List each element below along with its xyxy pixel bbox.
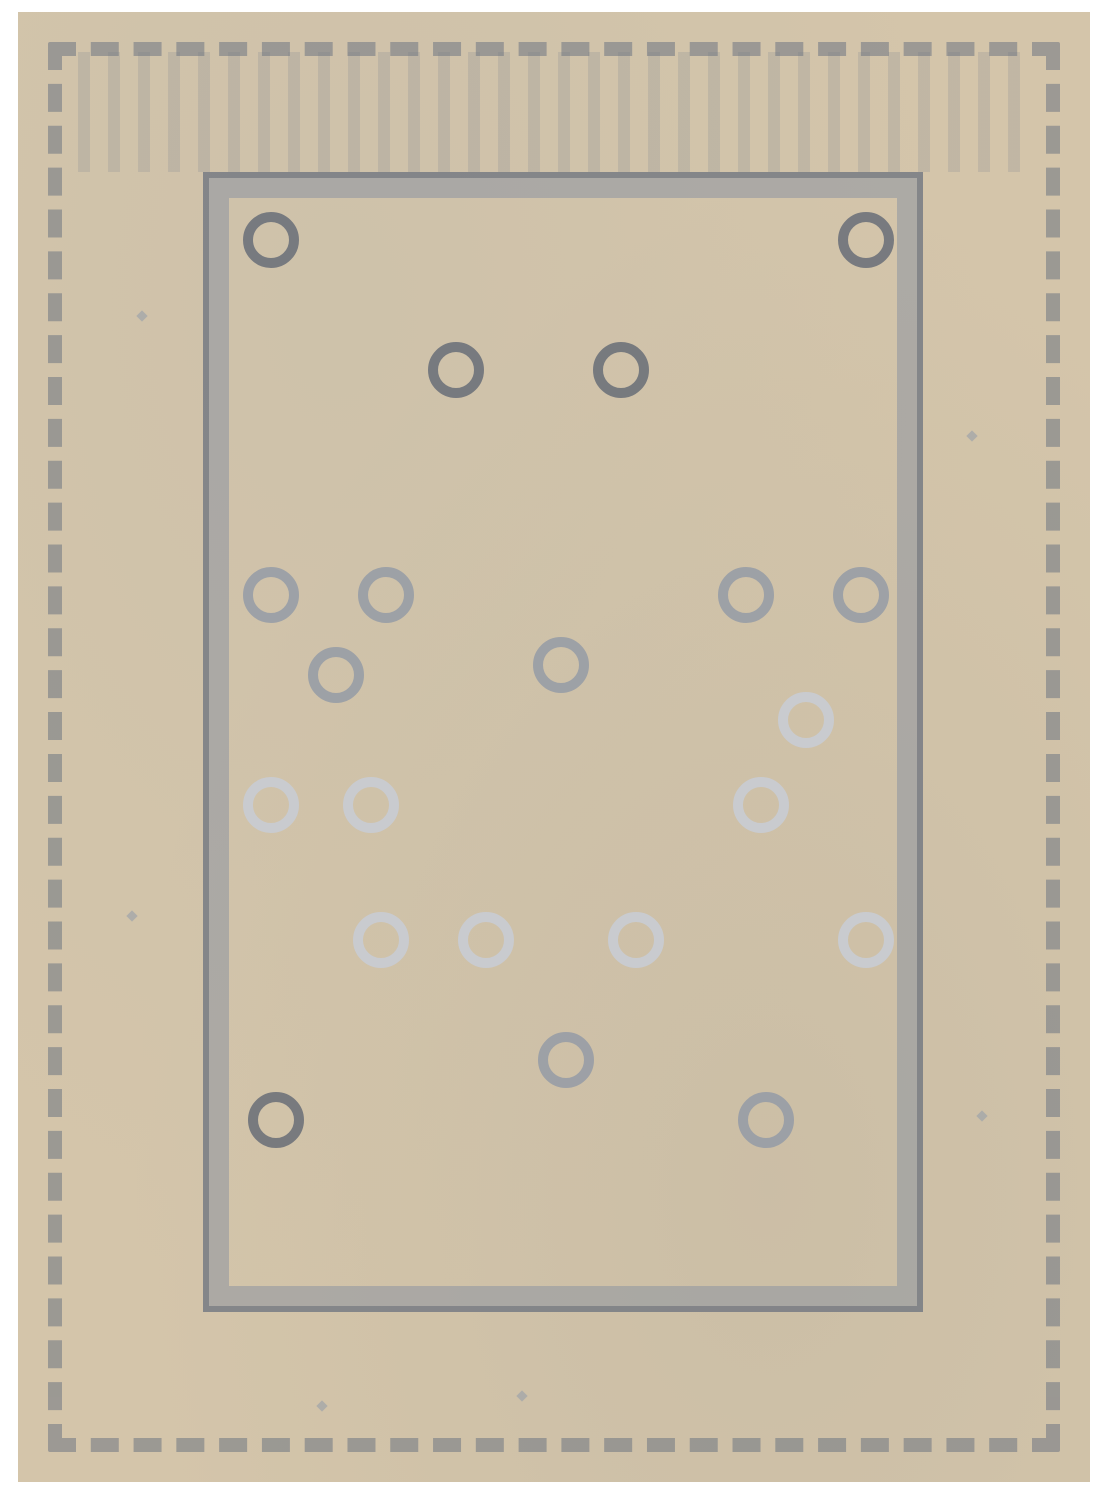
speck: [516, 1390, 527, 1401]
motif: [243, 777, 299, 833]
motif: [838, 212, 894, 268]
motif: [458, 912, 514, 968]
motif: [428, 342, 484, 398]
field-motifs: [18, 12, 1090, 1482]
speck: [136, 310, 147, 321]
speck: [316, 1400, 327, 1411]
motif: [358, 567, 414, 623]
motif: [308, 647, 364, 703]
motif: [833, 567, 889, 623]
motif: [533, 637, 589, 693]
motif: [248, 1092, 304, 1148]
rug: [18, 12, 1090, 1482]
motif: [718, 567, 774, 623]
speck: [126, 910, 137, 921]
speck: [966, 430, 977, 441]
motif: [838, 912, 894, 968]
motif: [738, 1092, 794, 1148]
motif: [778, 692, 834, 748]
motif: [733, 777, 789, 833]
motif: [343, 777, 399, 833]
motif: [243, 567, 299, 623]
motif: [353, 912, 409, 968]
motif: [593, 342, 649, 398]
motif: [243, 212, 299, 268]
motif: [538, 1032, 594, 1088]
motif: [608, 912, 664, 968]
speck: [976, 1110, 987, 1121]
